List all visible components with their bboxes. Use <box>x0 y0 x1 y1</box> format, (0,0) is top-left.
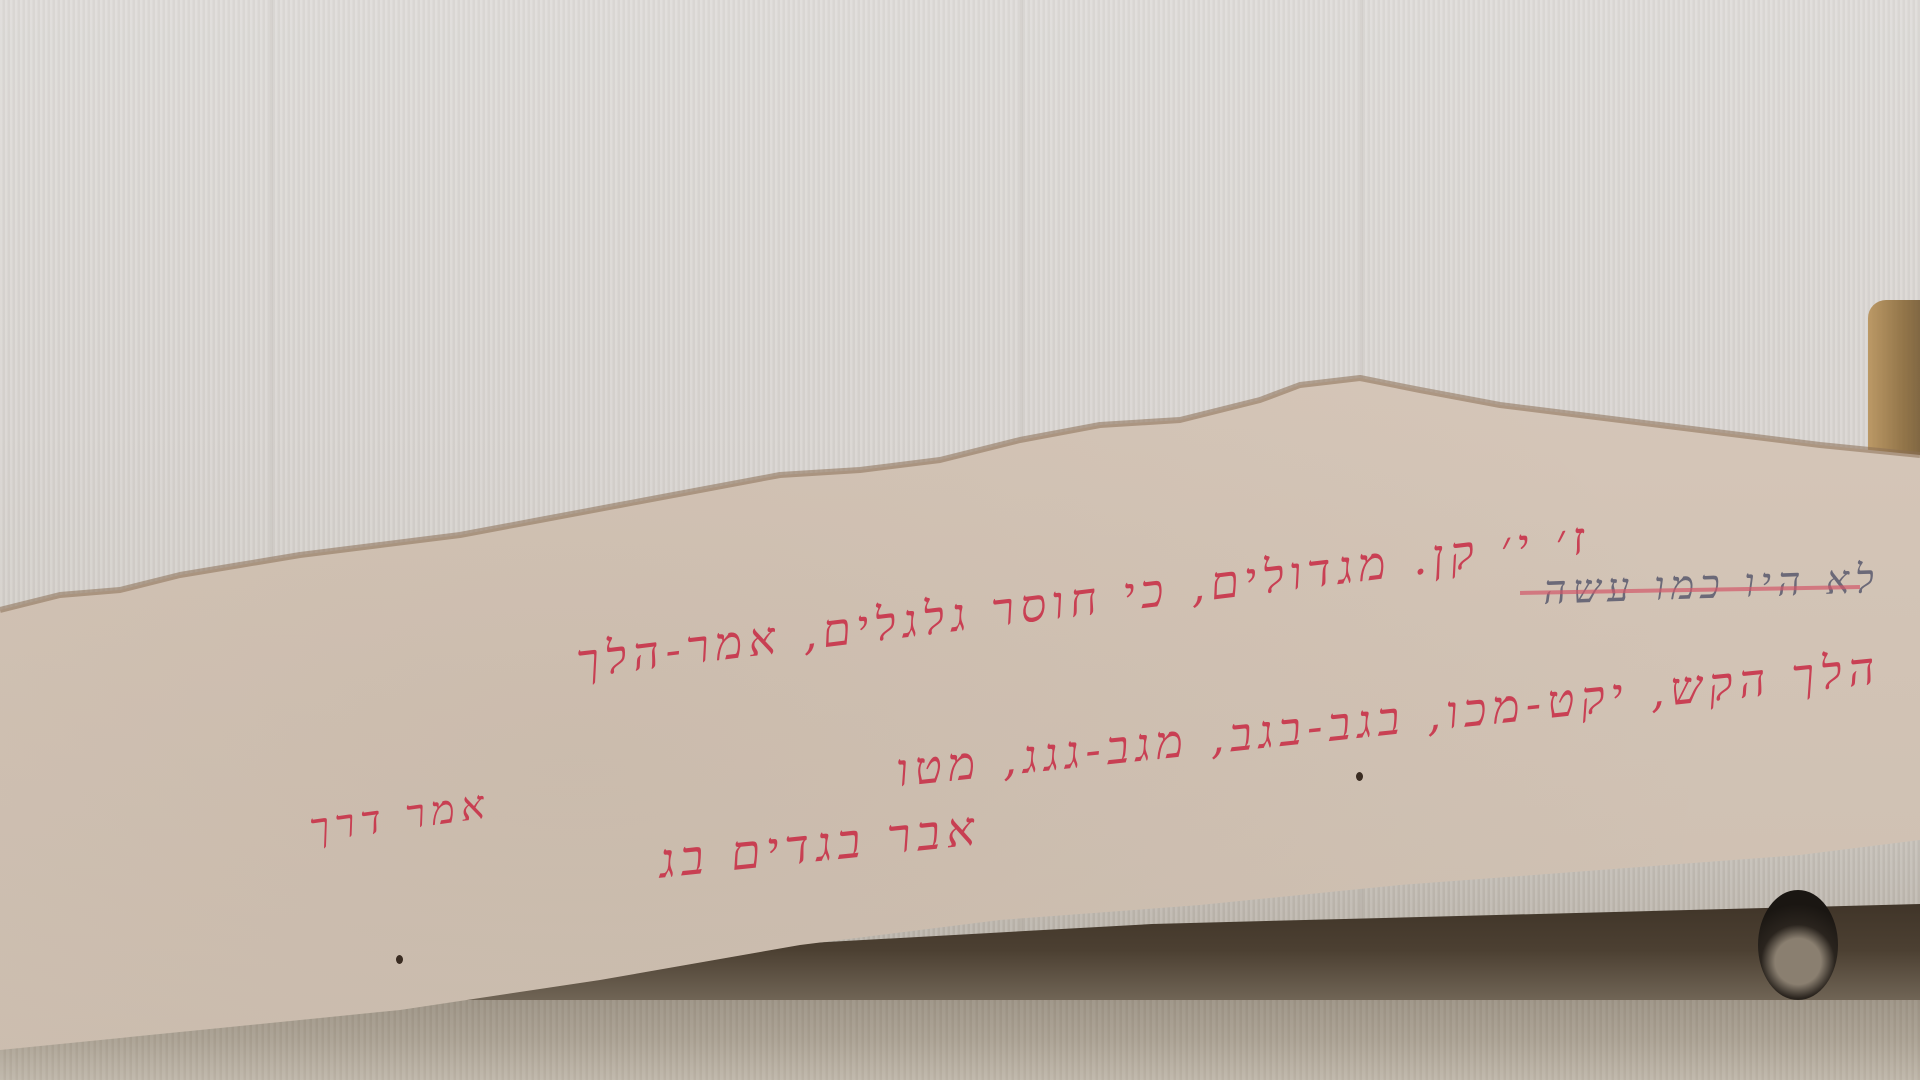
paper-hole <box>396 955 403 964</box>
photo-scene: ז׳ י׳ קן. מגדולים, כי חוסר גלגלים, אמר-ה… <box>0 0 1920 1080</box>
pin-head-icon <box>1758 890 1838 1000</box>
paper-hole <box>1356 772 1363 781</box>
handwriting-line-2: הלך הקש, יקט-מכו, בגב-בגב, מגב-גגג, מטו <box>893 640 1883 797</box>
handwriting-line-1: ז׳ י׳ קן. מגדולים, כי חוסר גלגלים, אמר-ה… <box>573 510 1593 688</box>
handwriting-line-3-fragment: אמר דרך <box>306 780 493 852</box>
handwriting-line-3: אבר בגדים בג <box>656 800 983 889</box>
